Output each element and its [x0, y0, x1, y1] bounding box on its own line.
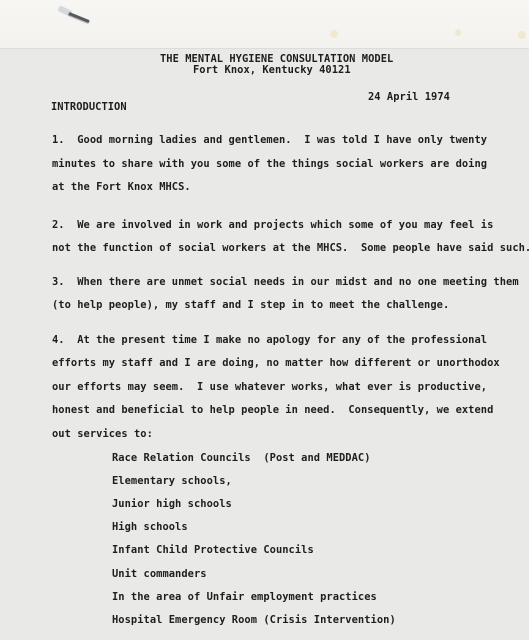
typed-document-page: THE MENTAL HYGIENE CONSULTATION MODEL Fo…: [0, 0, 529, 640]
service-list-item: Infant Child Protective Councils: [112, 544, 314, 556]
paragraph-4-line-3: our efforts may seem. I use whatever wor…: [52, 381, 487, 393]
paragraph-3-line-2: (to help people), my staff and I step in…: [52, 299, 449, 311]
paragraph-2-line-2: not the function of social workers at th…: [52, 242, 529, 254]
paragraph-2-line-1: 2. We are involved in work and projects …: [52, 219, 493, 231]
paragraph-4-line-5: out services to:: [52, 428, 153, 440]
paragraph-3-line-1: 3. When there are unmet social needs in …: [52, 276, 519, 288]
service-list-item: High schools: [112, 521, 188, 533]
paragraph-4-line-1: 4. At the present time I make no apology…: [52, 334, 487, 346]
service-list-item: Race Relation Councils (Post and MEDDAC): [112, 452, 371, 464]
paragraph-1-line-1: 1. Good morning ladies and gentlemen. I …: [52, 134, 487, 146]
paragraph-4-line-2: efforts my staff and I are doing, no mat…: [52, 357, 500, 369]
service-list-item: Elementary schools,: [112, 475, 232, 487]
document-date: 24 April 1974: [368, 91, 450, 103]
service-list-item: Junior high schools: [112, 498, 232, 510]
paragraph-1-line-3: at the Fort Knox MHCS.: [52, 181, 191, 193]
service-list-item: Unit commanders: [112, 568, 207, 580]
section-heading: INTRODUCTION: [51, 101, 127, 113]
paragraph-4-line-4: honest and beneficial to help people in …: [52, 404, 493, 416]
service-list-item: In the area of Unfair employment practic…: [112, 591, 377, 603]
document-location: Fort Knox, Kentucky 40121: [193, 64, 351, 76]
paragraph-1-line-2: minutes to share with you some of the th…: [52, 158, 487, 170]
service-list-item: Hospital Emergency Room (Crisis Interven…: [112, 614, 396, 626]
